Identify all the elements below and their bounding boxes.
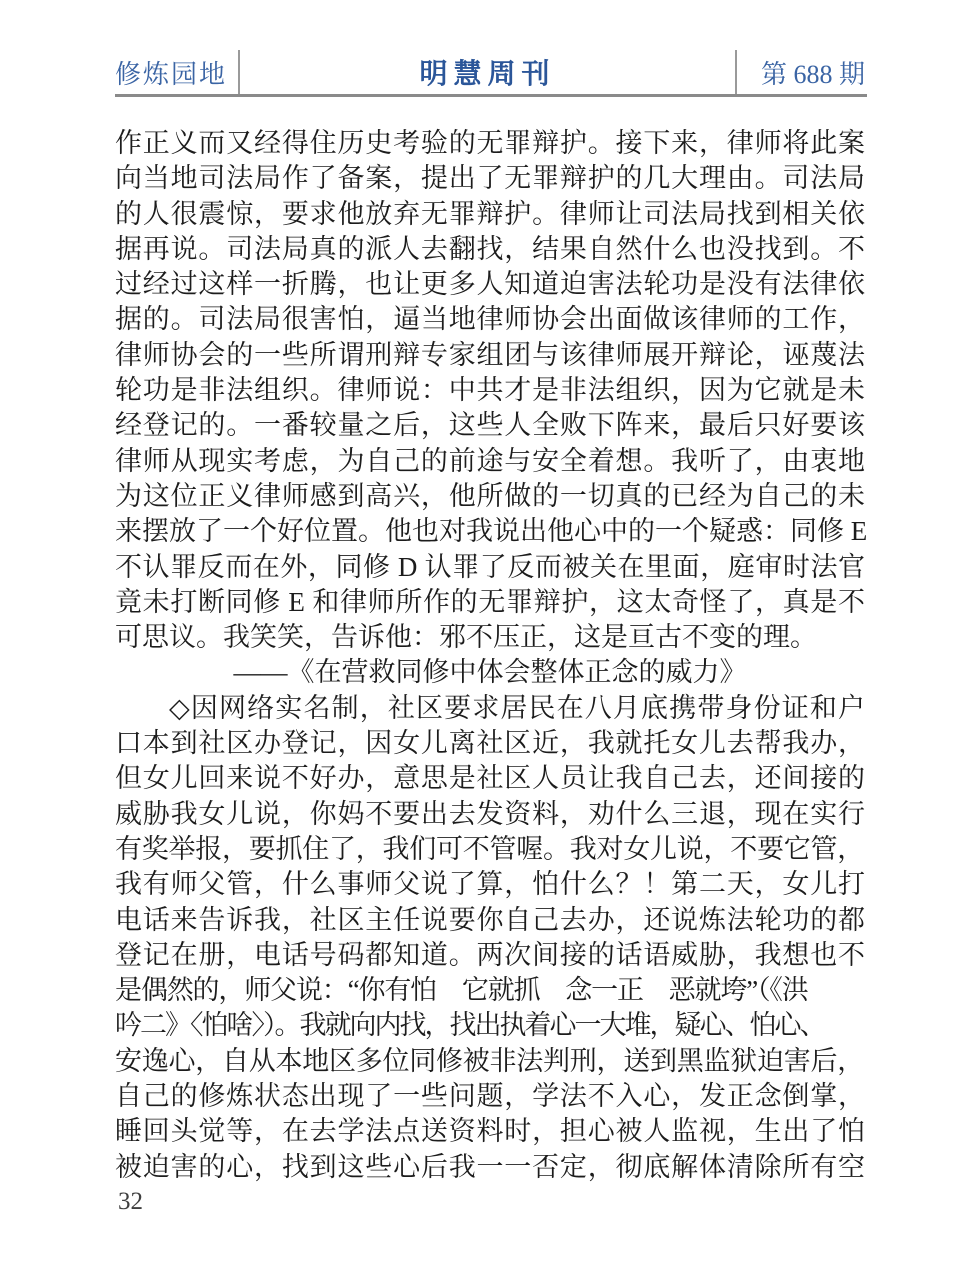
text-line: 登记在册，电话号码都知道。两次间接的话语威胁，我想也不 [115,938,865,973]
text-line: 律师协会的一些所谓刑辩专家组团与该律师展开辩论，诬蔑法 [115,338,865,373]
text-line: 口本到社区办登记，因女儿离社区近，我就托女儿去帮我办， [115,726,865,761]
issue-number: 第 688 期 [737,50,865,94]
text-line: 是偶然的，师父说：“你有怕 它就抓 念一正 恶就垮”（《洪 [115,973,865,1008]
text-line: 我有师父管，什么事师父说了算，怕什么？！第二天，女儿打 [115,867,865,902]
header-divider-rule [115,94,867,97]
text-line: 不认罪反而在外，同修 D 认罪了反而被关在里面，庭审时法官 [115,550,865,585]
text-line: 竟未打断同修 E 和律师所作的无罪辩护，这太奇怪了，真是不 [115,585,865,620]
page-header: 修炼园地 明慧周刊 第 688 期 [115,50,865,94]
text-line: 威胁我女儿说，你妈不要出去发资料，劝什么三退，现在实行 [115,797,865,832]
text-line: ◇因网络实名制，社区要求居民在八月底携带身份证和户 [115,691,865,726]
text-line: 但女儿回来说不好办，意思是社区人员让我自己去，还间接的 [115,761,865,796]
text-line: 有奖举报，要抓住了，我们可不管喔。我对女儿说，不要它管， [115,832,865,867]
text-line: 作正义而又经得住历史考验的无罪辩护。接下来，律师将此案 [115,126,865,161]
text-line: 轮功是非法组织。律师说：中共才是非法组织，因为它就是未 [115,373,865,408]
article-source-attribution: ——《在营救同修中体会整体正念的威力》 [115,655,865,690]
text-line: 为这位正义律师感到高兴，他所做的一切真的已经为自己的未 [115,479,865,514]
text-line: 被迫害的心，找到这些心后我一一否定，彻底解体清除所有空 [115,1150,865,1185]
text-line: 据再说。司法局真的派人去翻找，结果自然什么也没找到。不 [115,232,865,267]
text-line: 过经过这样一折腾，也让更多人知道迫害法轮功是没有法律依 [115,267,865,302]
text-line: 可思议。我笑笑，告诉他：邪不压正，这是亘古不变的理。 [115,620,865,655]
text-line: 向当地司法局作了备案，提出了无罪辩护的几大理由。司法局 [115,161,865,196]
magazine-page: 修炼园地 明慧周刊 第 688 期 作正义而又经得住历史考验的无罪辩护。接下来，… [0,0,978,1265]
header-section-label: 修炼园地 [115,50,238,94]
text-line: 的人很震惊，要求他放弃无罪辩护。律师让司法局找到相关依 [115,197,865,232]
text-line: 安逸心，自从本地区多位同修被非法判刑，送到黑监狱迫害后， [115,1044,865,1079]
text-line: 据的。司法局很害怕，逼当地律师协会出面做该律师的工作， [115,302,865,337]
text-line: 来摆放了一个好位置。他也对我说出他心中的一个疑惑：同修 E [115,514,865,549]
text-line: 睡回头觉等，在去学法点送资料时，担心被人监视，生出了怕 [115,1114,865,1149]
text-line: 律师从现实考虑，为自己的前途与安全着想。我听了，由衷地 [115,444,865,479]
text-line: 吟二》〈怕啥〉）。我就向内找，找出执着心一大堆，疑心、怕心、 [115,1008,865,1043]
text-line: 电话来告诉我，社区主任说要你自己去办，还说炼法轮功的都 [115,903,865,938]
page-number: 32 [118,1188,143,1216]
text-line: 自己的修炼状态出现了一些问题，学法不入心，发正念倒掌， [115,1079,865,1114]
publication-title: 明慧周刊 [238,50,737,94]
text-line: 经登记的。一番较量之后，这些人全败下阵来，最后只好要该 [115,408,865,443]
article-body: 作正义而又经得住历史考验的无罪辩护。接下来，律师将此案 向当地司法局作了备案，提… [115,126,865,1185]
